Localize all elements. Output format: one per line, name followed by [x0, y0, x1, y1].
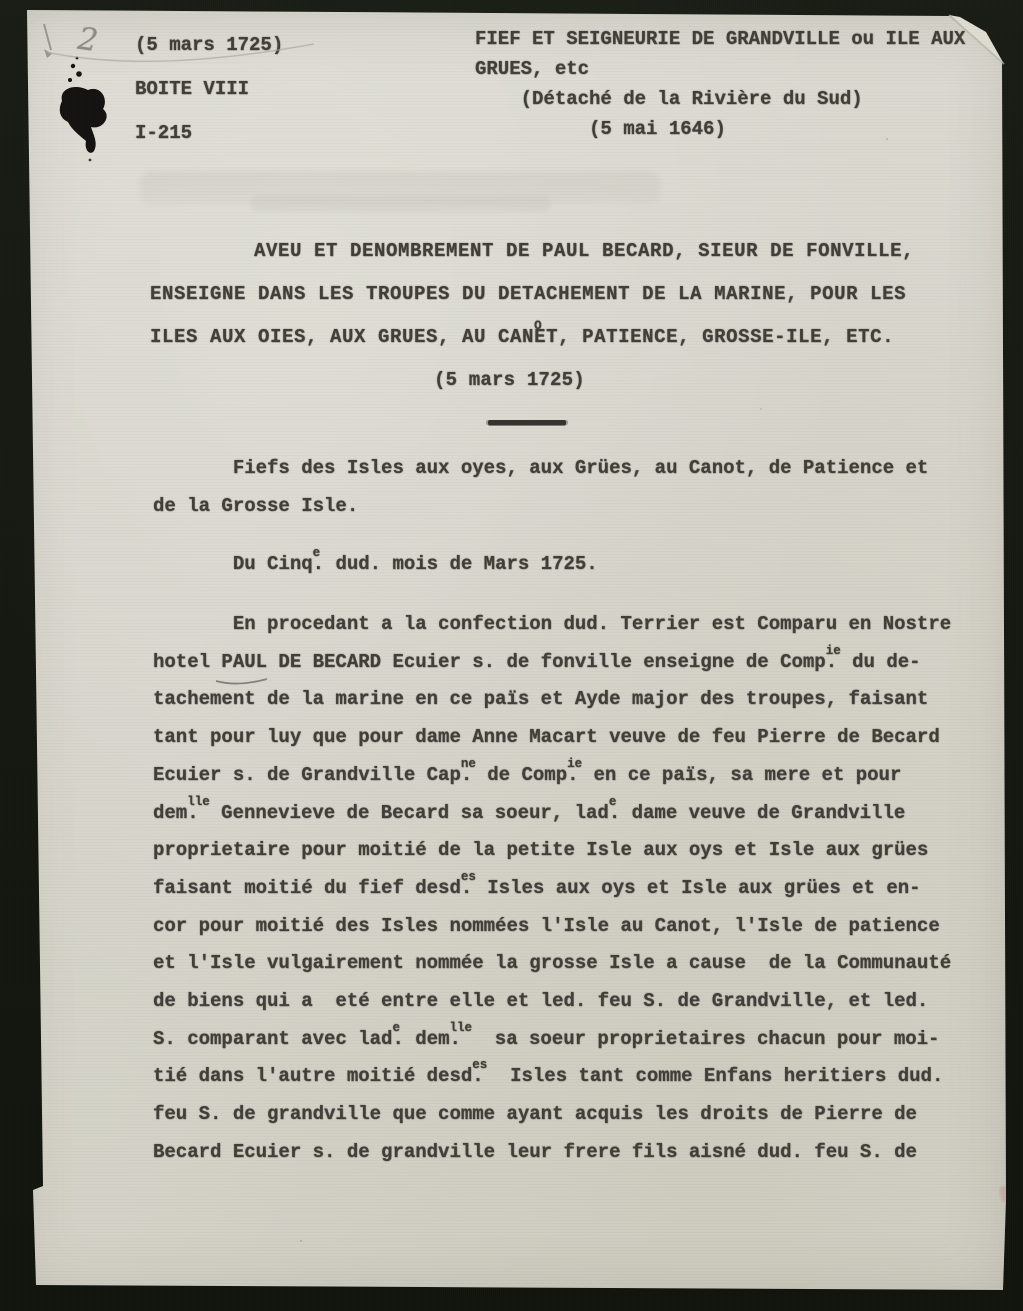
text-line: Ecuier s. de Grandville Capne. de Compie…	[153, 757, 951, 795]
overtype-abbreviation: ne.	[461, 760, 476, 782]
text-line: hotel PAUL DE BECARD Ecuier s. de fonvil…	[153, 644, 951, 682]
document-page: (5 mars 1725)BOITE VIIII-215 FIEF ET SEI…	[0, 0, 1023, 1311]
document-title: AVEU ET DENOMBREMENT DE PAUL BECARD, SIE…	[150, 230, 914, 402]
overtype-abbreviation: OE	[534, 322, 546, 344]
header-right-line: (Détaché de la Rivière du Sud)	[475, 84, 965, 114]
header-right-line: (5 mai 1646)	[475, 114, 965, 144]
overtype-abbreviation: e.	[609, 798, 620, 820]
title-line: ILES AUX OIES, AUX GRUES, AU CANOET, PAT…	[150, 316, 914, 359]
text-line: demlle. Gennevieve de Becard sa soeur, l…	[153, 795, 951, 833]
title-line: AVEU ET DENOMBREMENT DE PAUL BECARD, SIE…	[150, 230, 914, 273]
text-line: de biens qui a eté entre elle et led. fe…	[153, 983, 951, 1021]
text-line: Fiefs des Isles aux oyes, aux Grües, au …	[153, 450, 928, 488]
header-left-line: (5 mars 1725)	[135, 23, 283, 67]
text-line: et l'Isle vulgairement nommée la grosse …	[153, 945, 951, 983]
pink-mark	[998, 1185, 1010, 1203]
title-line: (5 mars 1725)	[150, 359, 914, 402]
text-line: proprietaire pour moitié de la petite Is…	[153, 832, 951, 870]
overtype-abbreviation: e.	[392, 1024, 403, 1046]
header-right-line: FIEF ET SEIGNEURIE DE GRANDVILLE ou ILE …	[475, 24, 965, 54]
body-paragraph: En procedant a la confection dud. Terrie…	[153, 606, 951, 1172]
text-line: tachement de la marine en ce païs et Ayd…	[153, 681, 951, 719]
header-left-line: BOITE VIII	[135, 67, 283, 111]
text-line: tant pour luy que pour dame Anne Macart …	[153, 719, 951, 757]
header-left-line: I-215	[135, 111, 283, 155]
title-line: ENSEIGNE DANS LES TROUPES DU DETACHEMENT…	[150, 273, 914, 316]
text-line: de la Grosse Isle.	[153, 488, 928, 526]
title-divider	[488, 420, 566, 425]
overtype-abbreviation: ie.	[826, 647, 841, 669]
header-left: (5 mars 1725)BOITE VIIII-215	[135, 23, 283, 155]
header-right: FIEF ET SEIGNEURIE DE GRANDVILLE ou ILE …	[475, 24, 965, 144]
text-line: Becard Ecuier s. de grandville leur frer…	[153, 1134, 951, 1172]
text-line: tié dans l'autre moitié desdes. Isles ta…	[153, 1058, 951, 1096]
text-line: En procedant a la confection dud. Terrie…	[153, 606, 951, 644]
dust-specks	[0, 0, 2, 2]
text-line: faisant moitié du fief desdes. Isles aux…	[153, 870, 951, 908]
date-line: Du Cinqe. dud. mois de Mars 1725.	[153, 546, 598, 584]
text-line: cor pour moitié des Isles nommées l'Isle…	[153, 908, 951, 946]
archival-scan-background: (5 mars 1725)BOITE VIIII-215 FIEF ET SEI…	[0, 0, 1023, 1311]
overtype-abbreviation: es.	[472, 1061, 487, 1083]
text-line: S. comparant avec lade. demlle. sa soeur…	[153, 1021, 951, 1059]
intro-paragraph: Fiefs des Isles aux oyes, aux Grües, au …	[153, 450, 928, 525]
overtype-abbreviation: lle.	[187, 798, 210, 820]
text-line: feu S. de grandville que comme ayant acq…	[153, 1096, 951, 1134]
overtype-abbreviation: e.	[313, 549, 324, 571]
overtype-abbreviation: es.	[461, 873, 476, 895]
header-right-line: GRUES, etc	[475, 54, 965, 84]
overtype-abbreviation: ie.	[567, 760, 582, 782]
overtype-abbreviation: lle.	[449, 1024, 472, 1046]
text-line: Du Cinqe. dud. mois de Mars 1725.	[153, 546, 598, 584]
erased-pencil-smudge	[250, 196, 550, 212]
